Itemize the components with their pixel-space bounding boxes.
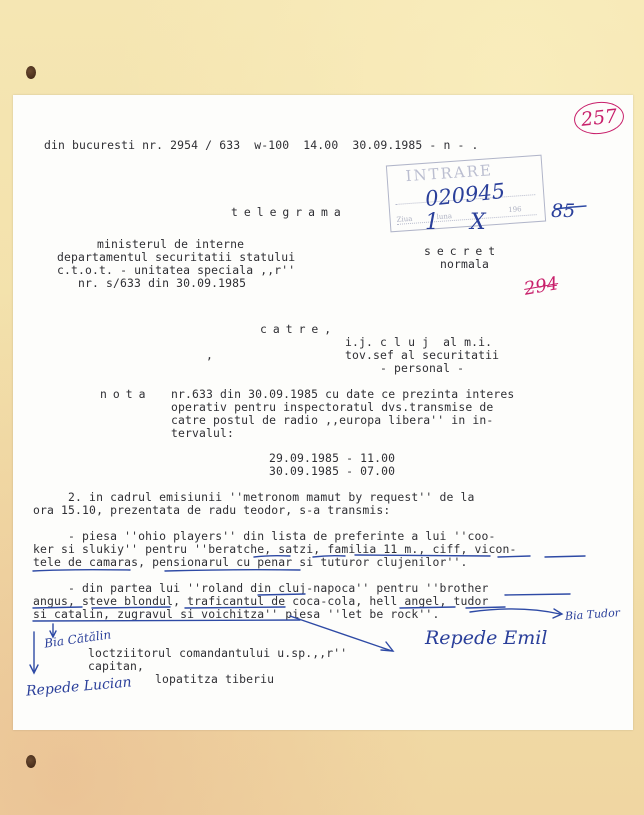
signature-rank: capitan, [88,660,144,673]
note-line: tervalul: [171,427,234,440]
stamp-day-label: Ziua [396,215,412,224]
stamp-year-value: 85 [551,200,575,222]
item-1-line: tele de camaras, pensionarul cu penar si… [33,556,467,569]
stamp-date-line [397,214,537,225]
stamp-day-value: 1 [425,210,439,235]
binder-hole-bottom [26,755,36,768]
recipient-label: catre, [260,323,337,336]
item-2-line: si catalin, zugravul si voichitza'' pies… [33,608,439,621]
recipient-line: - personal - [380,362,464,375]
sender-line: nr. s/633 din 30.09.1985 [78,277,246,290]
interval-end: 30.09.1985 - 07.00 [269,465,395,478]
signature-name: lopatitza tiberiu [155,673,274,686]
stamp-month-value: X [470,210,486,235]
stamp-year-label: 196 [508,205,522,214]
classification-priority: normala [440,258,489,271]
document-title: telegrama [231,206,347,219]
note-label: nota [100,388,151,401]
origin-line: din bucuresti nr. 2954 / 633 w-100 14.00… [44,139,478,152]
paragraph-2-line: ora 15.10, prezentata de radu teodor, s-… [33,504,390,517]
binder-hole-top [26,66,36,79]
handwritten-note-emil: Repede Emil [425,627,547,649]
stray-comma: , [206,349,213,362]
